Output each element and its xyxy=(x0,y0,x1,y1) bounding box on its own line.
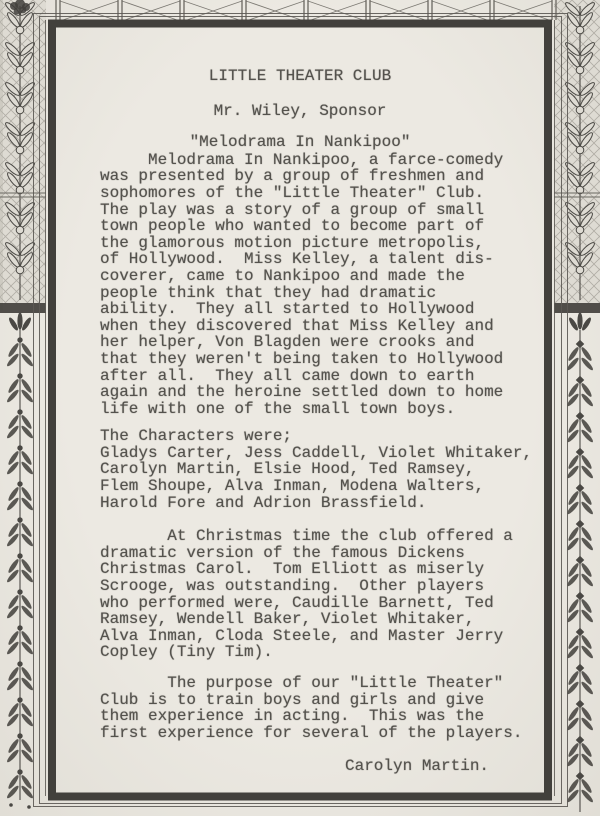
paragraph-purpose: The purpose of our "Little Theater" Club… xyxy=(100,675,546,741)
play-title: "Melodrama In Nankipoo" xyxy=(100,134,500,151)
yearbook-page: LITTLE THEATER CLUB Mr. Wiley, Sponsor "… xyxy=(0,0,600,816)
signature: Carolyn Martin. xyxy=(345,758,546,775)
paragraph-characters: The Characters were; Gladys Carter, Jess… xyxy=(100,428,546,511)
sponsor-line: Mr. Wiley, Sponsor xyxy=(100,103,500,120)
paragraph-melodrama: Melodrama In Nankipoo, a farce-comedy wa… xyxy=(100,152,546,418)
paragraph-christmas: At Christmas time the club offered a dra… xyxy=(100,528,546,661)
page-title: LITTLE THEATER CLUB xyxy=(100,68,500,85)
lattice-border-top xyxy=(56,0,556,21)
typed-text: LITTLE THEATER CLUB Mr. Wiley, Sponsor "… xyxy=(100,68,546,775)
